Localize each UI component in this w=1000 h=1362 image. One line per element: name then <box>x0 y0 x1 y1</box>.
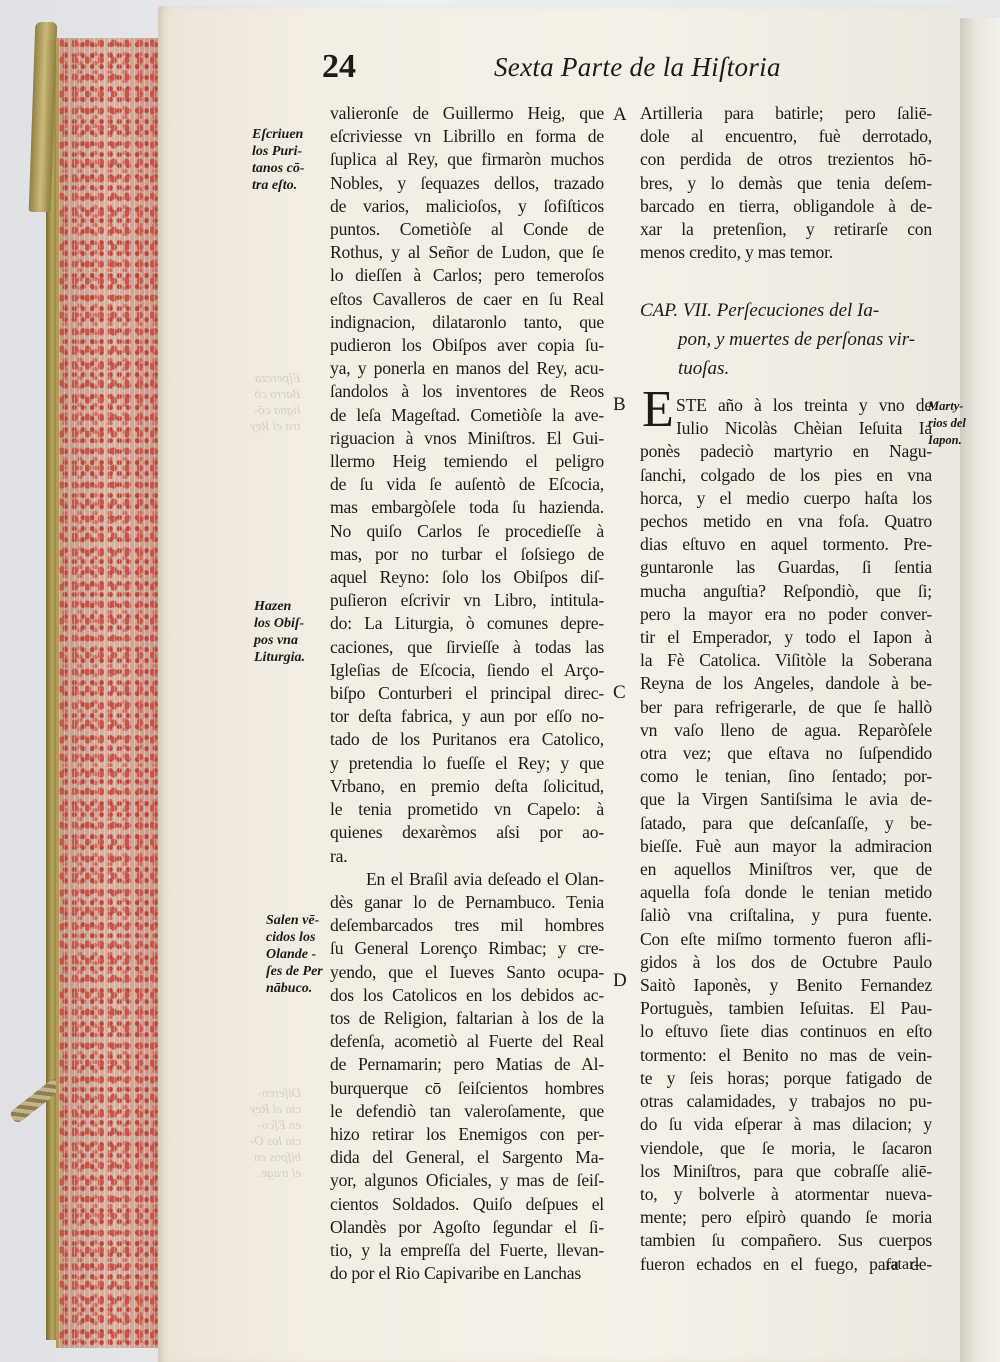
text-line: to, y bolverle à atormentar nueva- <box>640 1183 932 1206</box>
text-line: do ſu vida eſperar à mas dilacion; y <box>640 1113 932 1136</box>
text-line: tor deſta fabrica, y aun por eſſo no- <box>330 705 604 728</box>
margin-note-martyrios: Marty- rios del Iapon. <box>928 398 988 449</box>
text-line: guntaronle las Guardas, ſi ſentia <box>640 556 932 579</box>
right-column-body: STE año à los treinta y vno deIulio Nico… <box>640 394 932 1276</box>
text-line: ponès padeciò martyrio en Nagu- <box>640 440 932 463</box>
text-line: Portuguès, tambien Ieſuitas. El Pau- <box>640 997 932 1020</box>
text-line: dida del General, el Sargento Ma- <box>330 1146 604 1169</box>
text-line: do: La Liturgia, ò comunes depre- <box>330 612 604 635</box>
text-line: No quiſo Carlos ſe procedieſſe à <box>330 520 604 543</box>
text-line: pechos metido en vna foſa. Quatro <box>640 510 932 533</box>
text-line: gidos à los dos de Octubre Paulo <box>640 951 932 974</box>
text-line: mente; pero eſpirò quando ſe moria <box>640 1206 932 1229</box>
text-line: hizo retirar los Enemigos con per- <box>330 1123 604 1146</box>
text-line: Rothus, y al Señor de Ludon, que ſe <box>330 241 604 264</box>
left-text-column: valieronſe de Guillermo Heig, queeſcrivi… <box>330 102 604 1285</box>
text-line: que la Virgen Santiſsima le avia de- <box>640 788 932 811</box>
running-head: 24 Sexta Parte de la Hiſtoria <box>322 48 782 88</box>
margin-note-salen: Salen vē- cidos los Olande - ſes de Per … <box>266 912 338 997</box>
text-line: cientos Soldados. Quiſo deſpues el <box>330 1193 604 1216</box>
text-line: horca, y el medio cuerpo haſta los <box>640 487 932 510</box>
text-line: los Miniſtros, para que cobraſſe aliē- <box>640 1160 932 1183</box>
adjacent-page-edge <box>958 18 1000 1362</box>
text-line: de ſu vida ſe auſentò de Eſcocia, <box>330 473 604 496</box>
show-through-text-1: Eſpereza Barro cō ligna cō- tra el Rey <box>250 370 301 434</box>
text-line: deſembarcados tres mil hombres <box>330 914 604 937</box>
text-line: bieſſe. Fuè aun mayor la admiracion <box>640 835 932 858</box>
text-line: de leſa Mageſtad. Cometiòſe la ave- <box>330 404 604 427</box>
text-line: Con eſte miſmo tormento fueron afli- <box>640 928 932 951</box>
text-line: le tenia prometido vn Capelo: à <box>330 798 604 821</box>
text-line: ſandolos à los inventores de Reos <box>330 380 604 403</box>
page-number: 24 <box>322 48 356 86</box>
text-line: en aquellos Miniſtros ver, que de <box>640 858 932 881</box>
text-line: quienes dexarèmos aſsi por ao- <box>330 821 604 844</box>
text-line: lo eſtuvo ſiete dias continuos en eſto <box>640 1020 932 1043</box>
text-line: barcado en tierra, obligandole à de- <box>640 195 932 218</box>
text-line: ſuplica al Rey, que firmaròn muchos <box>330 148 604 171</box>
text-line: ya, y ponerla en manos del Rey, acu- <box>330 357 604 380</box>
text-line: Iulio Nicolàs Chèian Ieſuita Ia <box>640 417 932 440</box>
catchword: ſatar- <box>886 1256 919 1274</box>
text-line: dole al encuentro, fuè derrotado, <box>640 125 932 148</box>
text-line: dos los Catolicos en los debidos ac- <box>330 984 604 1007</box>
text-line: ſanchi, colgado de los pies en vna <box>640 464 932 487</box>
text-line: STE año à los treinta y vno de <box>640 394 932 417</box>
text-line: le defendiò tan valeroſamente, que <box>330 1100 604 1123</box>
text-line: ſaliò vna criſtalina, y pura fuente. <box>640 904 932 927</box>
text-line: yendo, que el Iueves Santo ocupa- <box>330 961 604 984</box>
text-line: Vrbano, en premio deſta ſolicitud, <box>330 775 604 798</box>
text-line: de Pernamarin; pero Matias de Al- <box>330 1053 604 1076</box>
text-line: menos credito, y mas temor. <box>640 241 932 264</box>
text-line: mas embargòſele toda ſu hazienda. <box>330 496 604 519</box>
show-through-text-2: Diferen- cia el Rey en Eſco- cia los O- … <box>250 1085 301 1181</box>
text-line: y pretendia lo fueſſe el Rey; y que <box>330 752 604 775</box>
section-letter-d: D <box>613 970 627 992</box>
text-line: Olandès por Agoſto ſegundar el ſi- <box>330 1216 604 1239</box>
text-line: eſtos Cavalleros de caer en ſu Real <box>330 288 604 311</box>
running-title: Sexta Parte de la Hiſtoria <box>494 52 781 83</box>
text-line: riguacion à vnos Miniſtros. El Gui- <box>330 427 604 450</box>
text-line: de varios, malicioſos, y ſofiſticos <box>330 195 604 218</box>
text-line: pudieron los Obiſpos aver copia ſu- <box>330 334 604 357</box>
text-line: biſpo Conturberi el principal direc- <box>330 682 604 705</box>
section-letter-a: A <box>613 104 627 126</box>
text-line: burquerque cō ſeiſcientos hombres <box>330 1077 604 1100</box>
text-line: puſieron eſcrivir vn Libro, intitula- <box>330 589 604 612</box>
text-line: ber para refrigerarle, de que ſe hallò <box>640 696 932 719</box>
margin-note-escriven: Eſcriuen los Puri- tanos cō- tra eſto. <box>252 126 324 194</box>
text-line: otras calamidades, y trabajos no pu- <box>640 1090 932 1113</box>
text-line: tir el Emperador, y todo el Iapon à <box>640 626 932 649</box>
text-line: llermo Heig temiendo el peligro <box>330 450 604 473</box>
text-line: ra. <box>330 845 604 868</box>
text-line: con perdida de otros trezientos hō- <box>640 148 932 171</box>
text-line: Reyna de los Angeles, dandole à be- <box>640 672 932 695</box>
text-line: pero la mayor era no poder conver- <box>640 603 932 626</box>
text-line: lo dieſſen à Carlos; pero temeroſos <box>330 264 604 287</box>
text-line: ſatado, para que deſcanſaſſe, y be- <box>640 812 932 835</box>
text-line: yor, algunos Oficiales, y mas de ſeiſ- <box>330 1169 604 1192</box>
section-letter-b: B <box>613 394 626 416</box>
text-line: bres, y lo demàs que tenia deſem- <box>640 172 932 195</box>
text-line: valieronſe de Guillermo Heig, que <box>330 102 604 125</box>
text-line: tos de Religion, faltarian à los de la <box>330 1007 604 1030</box>
text-line: indignacion, dilataronlo tanto, que <box>330 311 604 334</box>
text-line: puntos. Cometiòſe al Conde de <box>330 218 604 241</box>
text-line: dès ganar lo de Pernambuco. Tenia <box>330 891 604 914</box>
text-line: caciones, que ſirvieſſe à todas las <box>330 636 604 659</box>
text-line: la Fè Catolica. Viſitòle la Soberana <box>640 649 932 672</box>
text-line: mas, por no turbar el ſoſsiego de <box>330 543 604 566</box>
text-line: Nobles, y ſequazes dellos, trazado <box>330 172 604 195</box>
chapter-heading: CAP. VII. Perſecuciones del Ia- pon, y m… <box>640 296 940 383</box>
section-letter-c: C <box>613 682 626 704</box>
text-line: otra vez; que eſtava no ſuſpendido <box>640 742 932 765</box>
text-line: mucha anguſtia? Reſpondiò, que ſi; <box>640 580 932 603</box>
text-line: do por el Rio Capivaribe en Lanchas <box>330 1262 604 1285</box>
text-line: tado de los Puritanos era Catolico, <box>330 728 604 751</box>
text-line: Saitò Iaponès, y Benito Fernandez <box>640 974 932 997</box>
text-line: Artilleria para batirle; pero ſaliē- <box>640 102 932 125</box>
text-line: tio, y la empreſſa del Fuerte, llevan- <box>330 1239 604 1262</box>
text-line: como le tenian, ſino ſentado; por- <box>640 765 932 788</box>
text-line: aquella foſa donde le tenian metido <box>640 881 932 904</box>
margin-note-hazen: Hazen los Obiſ- pos vna Liturgia. <box>254 598 326 666</box>
text-line: vn vaſo lleno de agua. Reparòſele <box>640 719 932 742</box>
sprinkled-fore-edge <box>56 38 163 1348</box>
text-line: defenſa, acometiò al Fuerte del Real <box>330 1030 604 1053</box>
text-line: Igleſias de Eſcocia, ſiendo el Arço- <box>330 659 604 682</box>
text-line: te y ſeis horas; porque fatigado de <box>640 1067 932 1090</box>
text-line: tambien ſu compañero. Sus cuerpos <box>640 1229 932 1252</box>
right-column-top-paragraph: Artilleria para batirle; pero ſaliē-dole… <box>640 102 932 264</box>
text-line: aquel Reyno: ſolo los Obiſpos diſ- <box>330 566 604 589</box>
text-line: eſcriviesse vn Librillo en forma de <box>330 125 604 148</box>
text-line: tormento: el Benito no mas de vein- <box>640 1044 932 1067</box>
text-line: dias eſtuvo en aquel tormento. Pre- <box>640 533 932 556</box>
text-line: xar la pretenſion, y retirarſe con <box>640 218 932 241</box>
text-line: ſu General Lorenço Rimbac; y cre- <box>330 937 604 960</box>
text-line: En el Braſil avia deſeado el Olan- <box>330 868 604 891</box>
text-line: viendole, que ſe moria, le ſacaron <box>640 1137 932 1160</box>
